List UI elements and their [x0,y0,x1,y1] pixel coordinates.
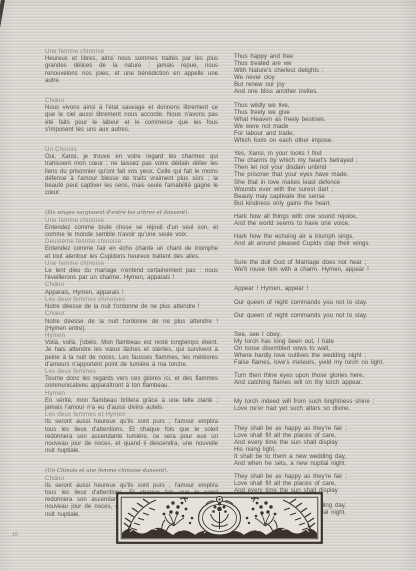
verse-line: And one bliss another invites. [234,88,406,95]
verse-line: Beauty may captivate the sense [234,193,406,200]
english-stanza: Hark how all things with one sound rejoi… [234,213,406,227]
verse-line: The charms by which my heart's betrayed … [234,157,406,164]
verse-line: With Nature's chiefest delights ; [234,67,406,74]
verse-line: Wounds ever with the surest dart ; [234,186,406,193]
verse-line: See, see I obey, [234,331,406,338]
verse-line: Thus freely we give [234,109,406,116]
verse-line: My torch has long been out, I hate [234,338,406,345]
french-para: Entendez comme l'air en écho chante un c… [45,246,218,260]
english-stanza: Yes, Xansi, in your looks I findThe char… [234,150,406,207]
scanned-book-page: Une femme chinoiseHeureux et libres, ain… [0,0,416,571]
verse-line: Our queen of night commands you not to s… [234,312,406,319]
french-para: En vérité, mon flambeau brillera grâce à… [45,398,218,412]
verse-line: Turn then thine eyes upon those glories … [234,372,406,379]
verse-line: They shall be as happy as they're fair ; [234,473,406,480]
verse-line: Yes, Xansi, in your looks I find [234,150,406,157]
french-heading: Chœur [45,476,218,483]
verse-line: On loose disembled vows to wait, [234,345,406,352]
french-heading: Hymen [45,333,218,340]
french-para: Le lent dieu du mariage n'entend certain… [45,268,218,282]
verse-line: False flames, love's meteors, yield my t… [234,359,406,366]
french-heading: Les deux femmes et Hymen [45,412,218,419]
french-para: Apparais, Hymen, apparais ! [45,290,218,297]
english-column: Thus happy and freeThus treated are weWi… [234,53,406,516]
verse-line: His rising light, [234,446,406,453]
french-stage: (Un Chinois et une femme chinoise dansen… [45,468,218,475]
verse-line: Then let not your disdain unbind [234,164,406,171]
english-stanza: Our queen of night commands you not to s… [234,299,406,306]
french-heading: Une femme chinoise [45,261,218,268]
verse-line: It shall be to them a new wedding day, [234,453,406,460]
french-para: Oui, Xansi, je trouve en votre regard le… [45,154,218,197]
verse-line: Thus wildly we live, [234,102,406,109]
french-para: Tourne donc les regards vers ces gloires… [45,376,218,390]
verse-line: The prisoner that your eyes have made. [234,171,406,178]
verse-line: Our queen of night commands you not to s… [234,299,406,306]
french-para: Nous vivons ainsi à l'état sauvage et do… [45,105,218,134]
verse-line: And the world seems to have one voice. [234,220,406,227]
verse-line: What Heaven as freely bestows. [234,116,406,123]
french-heading: Les deux femmes [45,369,218,376]
verse-line: But kindness only gains the heart. [234,200,406,207]
page-number: 16 [12,532,18,538]
verse-line: Hark how the echoing air a triumph sings… [234,233,406,240]
verse-line: Hark how all things with one sound rejoi… [234,213,406,220]
french-heading: Chœur [45,98,218,105]
verse-line: Which fools on each other impose. [234,137,406,144]
floral-ornament [116,492,323,544]
french-para: Voilà, voilà, j'obéis. Mon flambeau est … [45,340,218,369]
french-heading: Les deux femmes chinoises [45,297,218,304]
english-stanza: Thus happy and freeThus treated are weWi… [234,53,406,96]
french-para: Notre déesse de la nuit t'ordonne de ne … [45,319,218,333]
french-column: Une femme chinoiseHeureux et libres, ain… [45,49,218,519]
french-stage: (Six singes surgissent d'entre les arbre… [45,210,218,217]
french-heading: Une femme chinoise [45,49,218,56]
verse-line: Love ne'er had yet such altars so divine… [234,405,406,412]
french-heading: Un Chinois [45,147,218,154]
english-stanza: Appear ! Hymen, appear ! [234,285,406,292]
english-stanza: Sure the dull God of Marriage does not h… [234,259,406,273]
scan-corner-mark [0,0,6,27]
verse-line: We were not made [234,123,406,130]
english-stanza: They shall be as happy as they're fair ;… [234,425,406,468]
french-heading: Chœur [45,282,218,289]
english-stanza: Thus wildly we live,Thus freely we giveW… [234,102,406,145]
verse-line: Thus happy and free [234,53,406,60]
verse-line: They shall be as happy as they're fair ; [234,425,406,432]
english-stanza: My torch indeed will from such brightnes… [234,398,406,412]
french-heading: Deuxième femme chinoise [45,239,218,246]
verse-line: And all around pleased Cupids clap their… [234,240,406,247]
verse-line: Where hardly love outlives the wedding n… [234,352,406,359]
verse-line: For labour and trade, [234,130,406,137]
english-stanza: Hark how the echoing air a triumph sings… [234,233,406,247]
french-heading: Une femme chinoise [45,218,218,225]
french-para: Ils seront aussi heureux qu'ils sont pur… [45,419,218,455]
verse-line: My torch indeed will from such brightnes… [234,398,406,405]
verse-line: And catching flames will on thy torch ap… [234,379,406,386]
french-heading: Hymen [45,391,218,398]
verse-line: We'll rouse him with a charm. Hymen, app… [234,266,406,273]
verse-line: And when he sets, a new nuptial night. [234,460,406,467]
verse-line: Love shall fill all the places of care, [234,480,406,487]
verse-line: Appear ! Hymen, appear ! [234,285,406,292]
english-stanza: Turn then thine eyes upon those glories … [234,372,406,386]
french-para: Notre déesse de la nuit t'ordonne de ne … [45,304,218,311]
french-para: Entendez comme toute chose se réjouit d'… [45,225,218,239]
verse-line: She that in love makes least defence [234,179,406,186]
english-stanza: See, see I obey,My torch has long been o… [234,331,406,366]
french-para: Heureux et libres, ainsi nous sommes tra… [45,56,218,85]
verse-line: But renew our joy [234,81,406,88]
verse-line: We never cloy [234,74,406,81]
verse-line: Thus treated are we [234,60,406,67]
french-heading: Chœur [45,311,218,318]
verse-line: Love shall fill all the places of care, [234,432,406,439]
verse-line: Sure the dull God of Marriage does not h… [234,259,406,266]
english-stanza: Our queen of night commands you not to s… [234,312,406,319]
verse-line: And every time the sun shall display [234,439,406,446]
